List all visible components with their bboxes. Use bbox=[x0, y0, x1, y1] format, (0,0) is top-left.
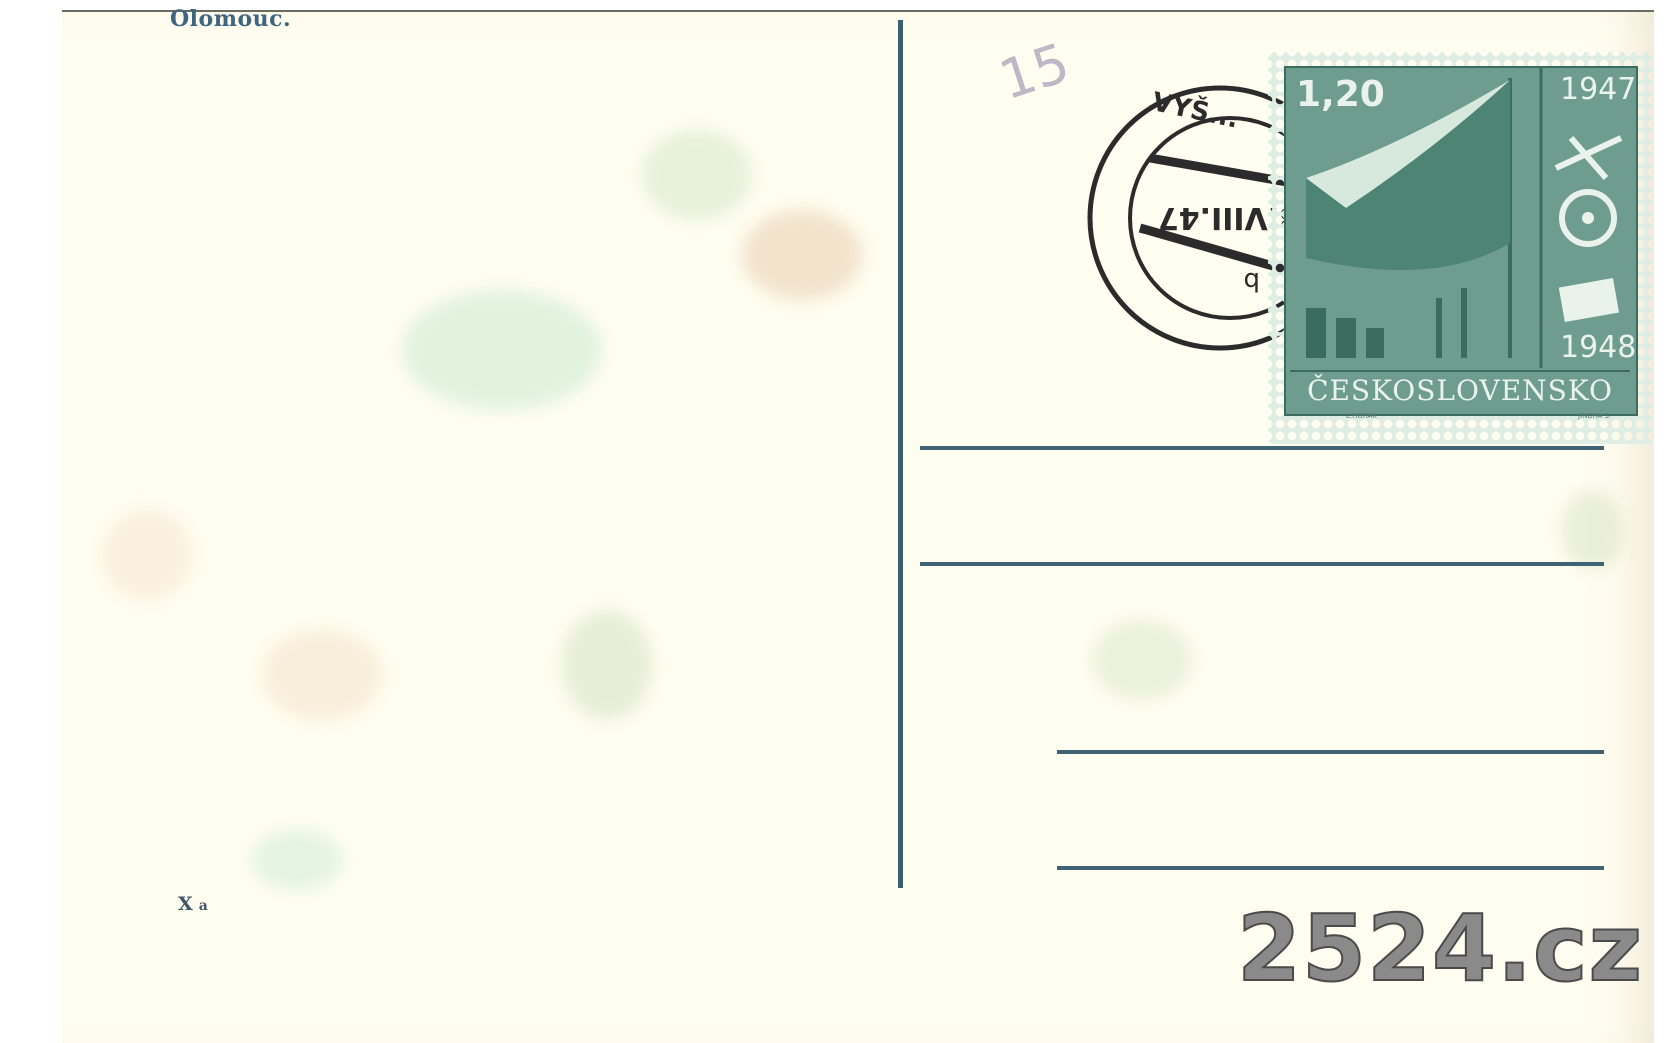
stamp-value: 1,20 bbox=[1296, 74, 1385, 115]
address-line-1 bbox=[920, 446, 1604, 450]
address-line-3 bbox=[1057, 750, 1604, 754]
stamp-engraver: JINDRA S. bbox=[1578, 412, 1611, 420]
postmark-letter: b bbox=[1243, 266, 1260, 296]
print-code: Xa bbox=[178, 893, 208, 915]
watermark: 2524.cz bbox=[1237, 895, 1643, 1002]
scan-margin bbox=[1654, 0, 1676, 1043]
message-address-divider bbox=[898, 20, 903, 888]
stamp-year-end: 1948 bbox=[1560, 330, 1636, 365]
stamp-designer: L.HORÁK bbox=[1346, 412, 1377, 420]
address-line-2 bbox=[920, 562, 1604, 566]
postcard-caption: Olomouc. bbox=[170, 6, 291, 32]
address-line-4 bbox=[1057, 866, 1604, 870]
stamp-country: ČESKOSLOVENSKO bbox=[1290, 370, 1630, 407]
stamp-year-start: 1947 bbox=[1560, 72, 1636, 107]
